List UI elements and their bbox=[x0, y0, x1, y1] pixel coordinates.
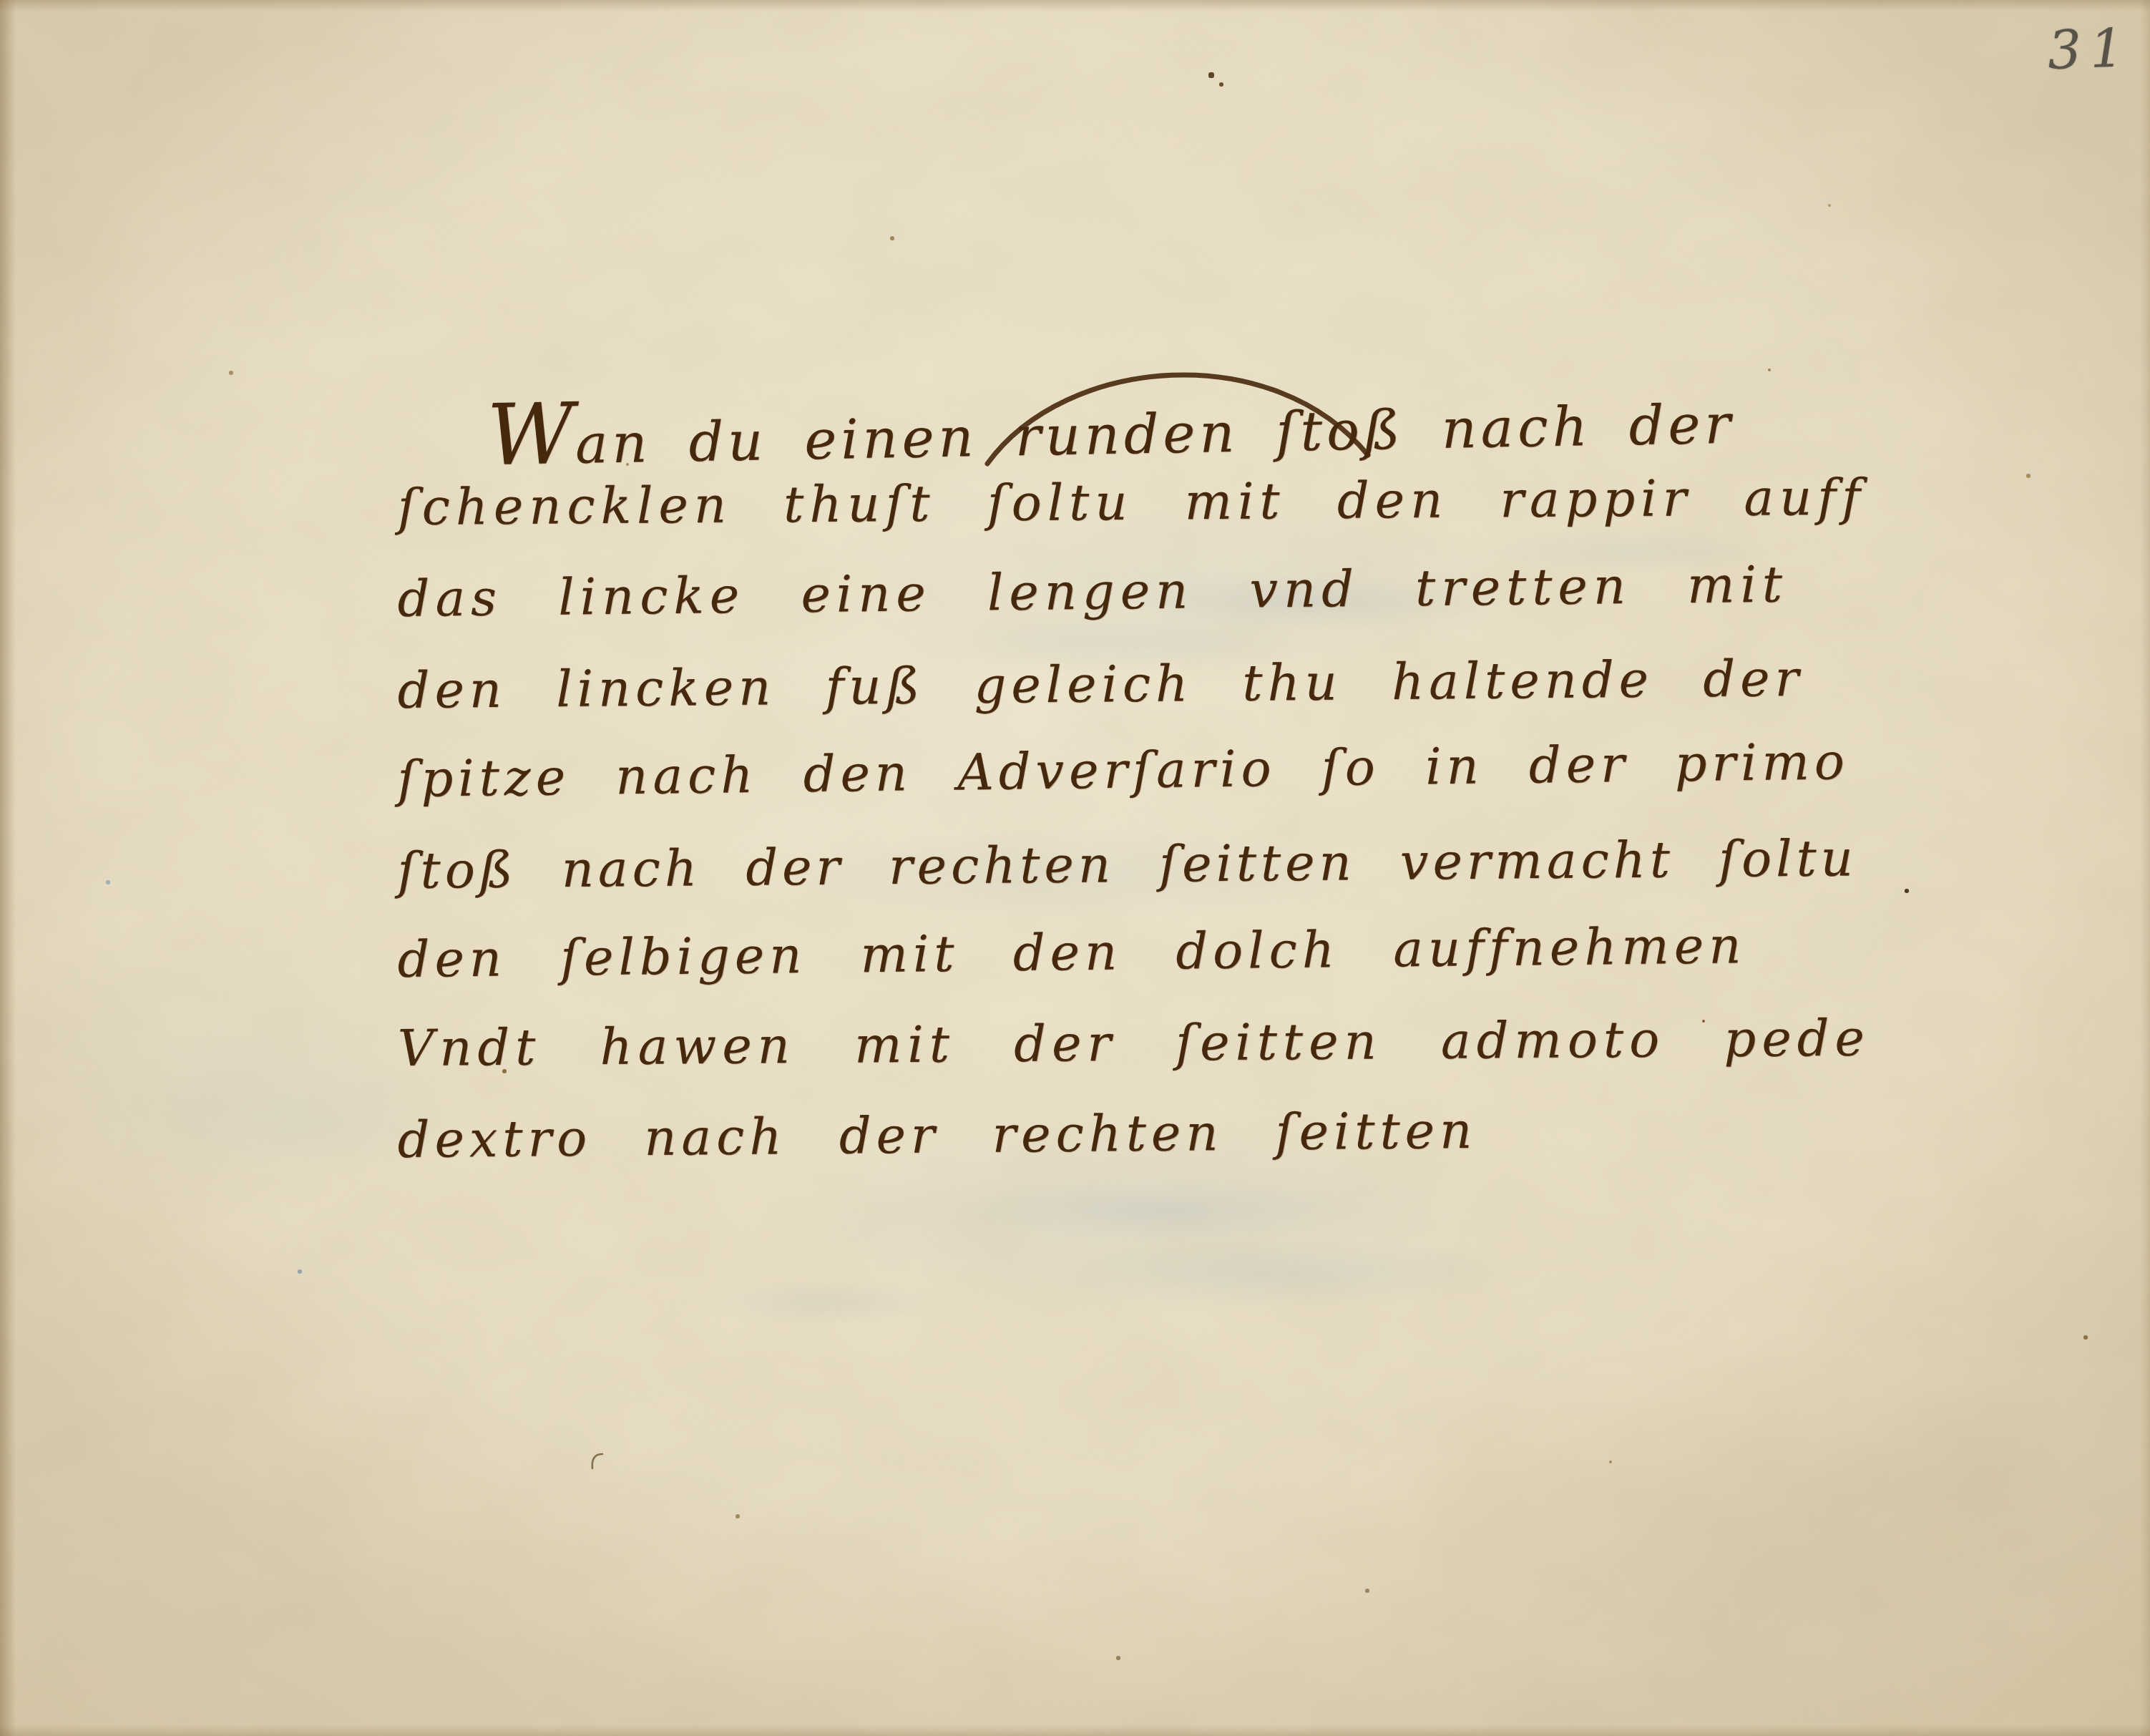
manuscript-line-5: ſpitze nach den Adverſario ſo in der pri… bbox=[397, 732, 1850, 809]
manuscript-line-7: den ſelbigen mit den dolch auffnehmen bbox=[397, 916, 1746, 989]
page-number: 31 bbox=[2047, 17, 2134, 82]
paper-specks bbox=[0, 0, 1, 1]
manuscript-line-1: Wan du einen runden ſtoß nach der bbox=[487, 365, 1736, 484]
manuscript-line-4: den lincken fuß geleich thu haltende der bbox=[397, 649, 1804, 720]
manuscript-line-6: ſtoß nach der rechten ſeitten vermacht ſ… bbox=[397, 829, 1857, 900]
manuscript-line-8: Vndt hawen mit der ſeitten admoto pede bbox=[397, 1009, 1870, 1078]
manuscript-line-9: dextro nach der rechten ſeitten bbox=[397, 1101, 1477, 1169]
manuscript-page: 31 Wan du einen runden ſtoß nach der ſch… bbox=[0, 0, 2150, 1736]
manuscript-line-2: ſchencklen thuſt ſoltu mit den rappir au… bbox=[397, 468, 1866, 537]
stray-ink-mark bbox=[590, 1450, 611, 1474]
manuscript-line-3: das lincke eine lengen vnd tretten mit bbox=[397, 555, 1788, 628]
